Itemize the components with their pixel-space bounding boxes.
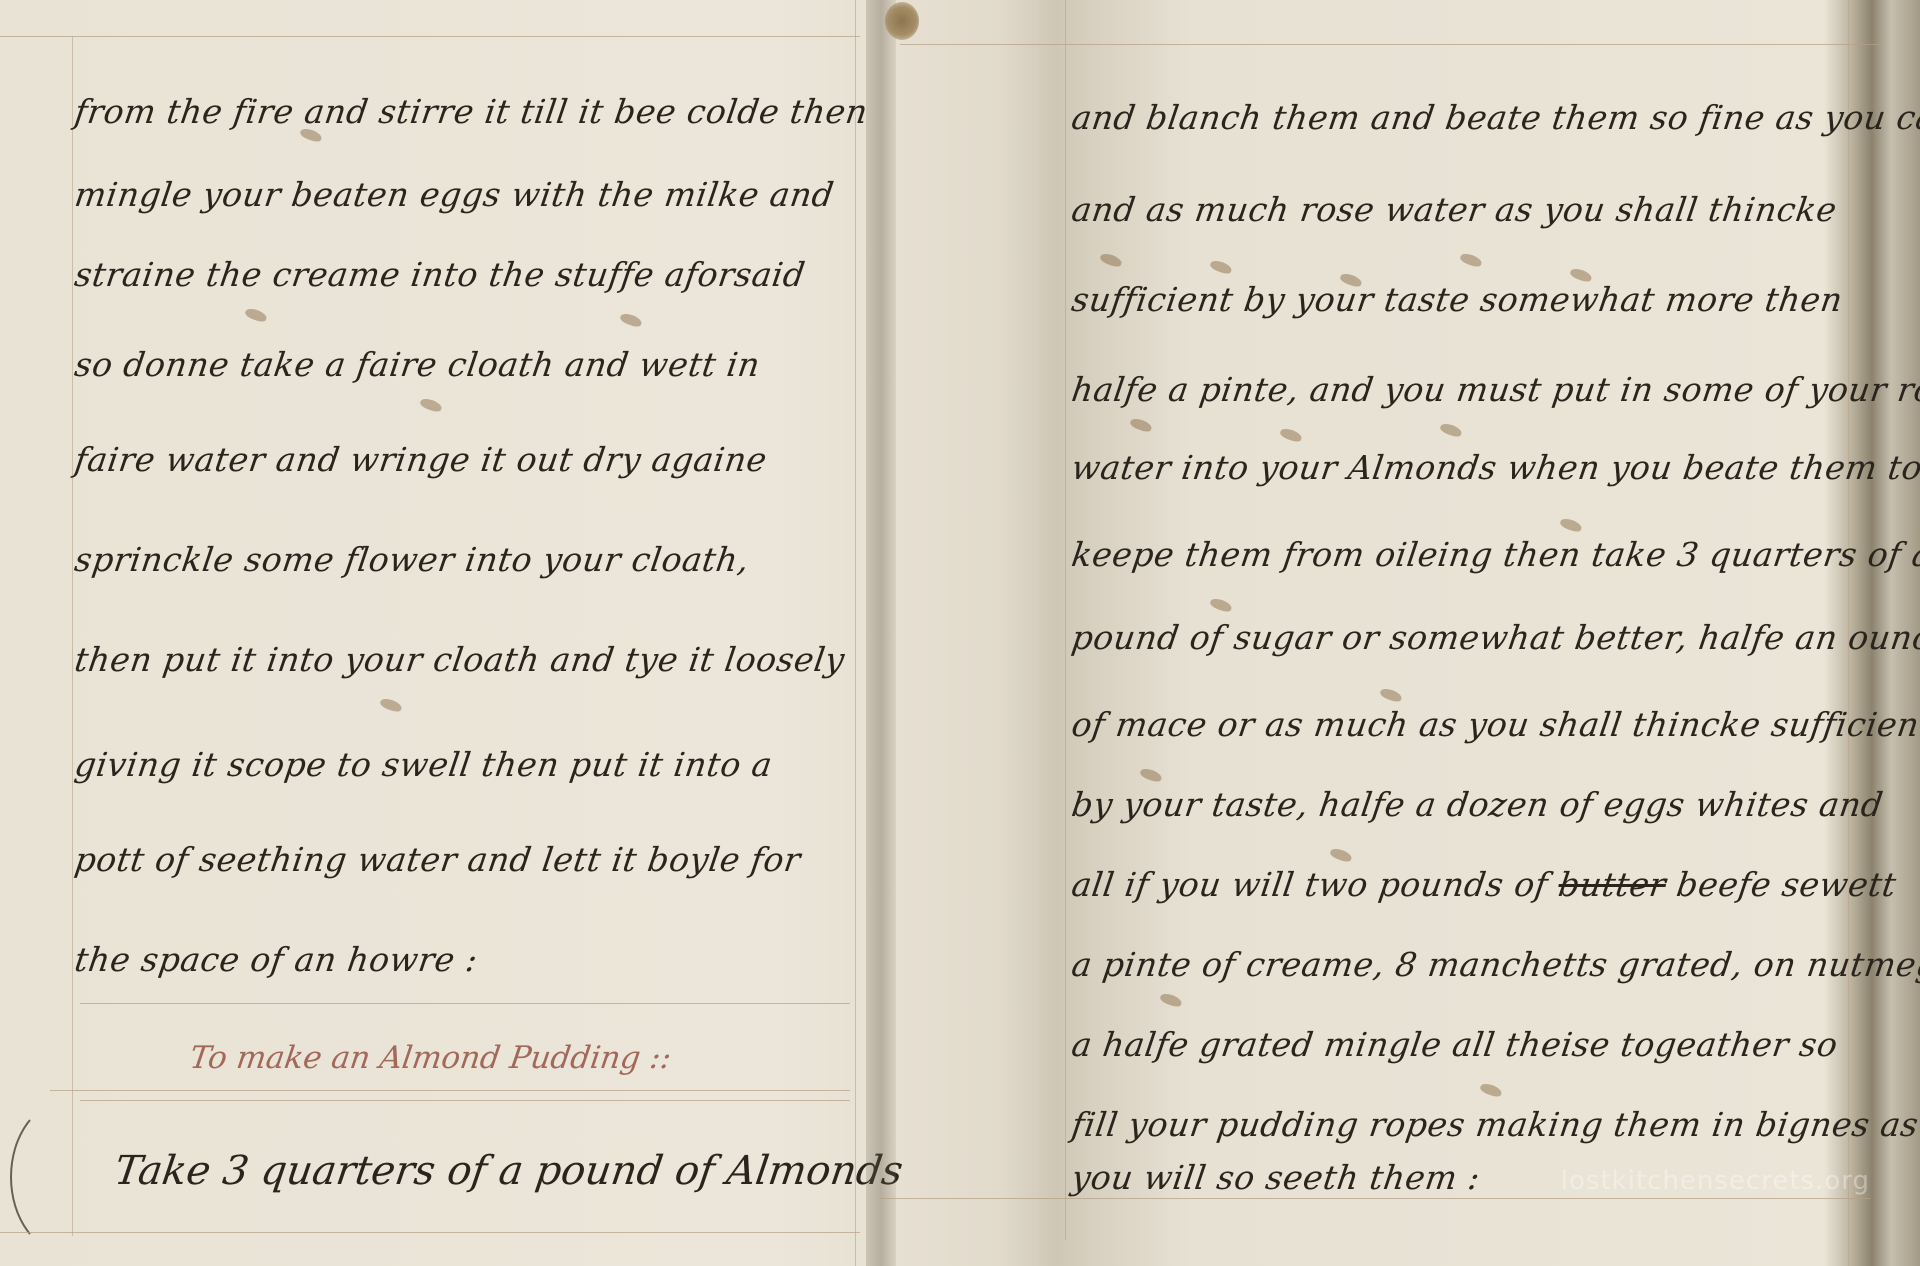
text-line: water into your Almonds when you beate t… — [1069, 448, 1920, 487]
ink-bleed — [244, 307, 268, 324]
text-line: halfe a pinte, and you must put in some … — [1069, 370, 1920, 409]
text-line: from the fire and stirre it till it bee … — [72, 92, 870, 131]
text-line: then put it into your cloath and tye it … — [72, 640, 847, 679]
ink-bleed — [1439, 422, 1463, 439]
ink-bleed — [1159, 992, 1183, 1009]
text-line: keepe them from oileing then take 3 quar… — [1069, 535, 1920, 574]
margin-rule — [1065, 0, 1066, 1240]
heading-rule-top — [80, 1003, 850, 1004]
bottom-rule — [880, 1198, 1870, 1199]
margin-rule — [72, 36, 73, 1236]
ink-bleed — [1099, 252, 1123, 269]
right-page: and blanch them and beate them so fine a… — [880, 0, 1890, 1266]
recipe-heading: To make an Almond Pudding :: — [187, 1040, 673, 1076]
text-line: the space of an howre : — [72, 940, 480, 979]
text-line: so donne take a faire cloath and wett in — [72, 345, 762, 384]
ink-bleed — [1459, 252, 1483, 269]
ink-bleed — [419, 397, 443, 414]
ink-bleed — [1279, 427, 1303, 444]
text-fragment: beefe sewett — [1674, 865, 1899, 904]
ink-bleed — [1479, 1082, 1503, 1099]
text-line: a pinte of creame, 8 manchetts grated, o… — [1069, 945, 1920, 984]
text-line: sufficient by your taste somewhat more t… — [1069, 280, 1845, 319]
text-line: pott of seething water and lett it boyle… — [72, 840, 803, 879]
text-line: mingle your beaten eggs with the milke a… — [72, 175, 836, 214]
ink-bleed — [1379, 687, 1403, 704]
text-line: fill your pudding ropes making them in b… — [1069, 1105, 1920, 1144]
heading-rule-bottom-2 — [80, 1100, 850, 1101]
text-line: faire water and wringe it out dry againe — [72, 440, 769, 479]
text-line: you will so seeth them : — [1069, 1158, 1482, 1197]
text-line: and blanch them and beate them so fine a… — [1069, 98, 1920, 137]
initial-flourish-icon — [10, 1100, 124, 1254]
left-page: from the fire and stirre it till it bee … — [0, 0, 870, 1266]
ink-bleed — [1129, 417, 1153, 434]
ink-bleed — [1329, 847, 1353, 864]
text-line: a halfe grated mingle all theise togeath… — [1069, 1025, 1840, 1064]
text-line: straine the creame into the stuffe afors… — [72, 255, 807, 294]
top-rule — [900, 44, 1880, 45]
top-rule — [0, 36, 860, 37]
ink-bleed — [1209, 259, 1233, 276]
text-line: giving it scope to swell then put it int… — [72, 745, 775, 784]
recipe-first-line: Take 3 quarters of a pound of Almonds — [112, 1148, 906, 1194]
ink-bleed — [379, 697, 403, 714]
bottom-rule — [0, 1232, 860, 1233]
heading-rule-bottom — [50, 1090, 850, 1091]
manuscript-spread: from the fire and stirre it till it bee … — [0, 0, 1920, 1266]
text-line: of mace or as much as you shall thincke … — [1069, 705, 1920, 744]
ink-bleed — [619, 312, 643, 329]
ink-bleed — [1139, 767, 1163, 784]
ink-bleed — [1559, 517, 1583, 534]
text-line: sprinckle some flower into your cloath, — [72, 540, 752, 579]
text-line: and as much rose water as you shall thin… — [1069, 190, 1839, 229]
text-line: all if you will two pounds of butter bee… — [1069, 865, 1899, 904]
text-fragment: all if you will two pounds of — [1069, 865, 1550, 904]
ink-bleed — [1209, 597, 1233, 614]
watermark: lostkitchensecrets.org — [1561, 1166, 1870, 1196]
text-line: pound of sugar or somewhat better, halfe… — [1069, 618, 1920, 657]
right-margin-rule — [855, 0, 856, 1266]
text-line: by your taste, halfe a dozen of eggs whi… — [1069, 785, 1886, 824]
struck-word: butter — [1556, 865, 1669, 904]
